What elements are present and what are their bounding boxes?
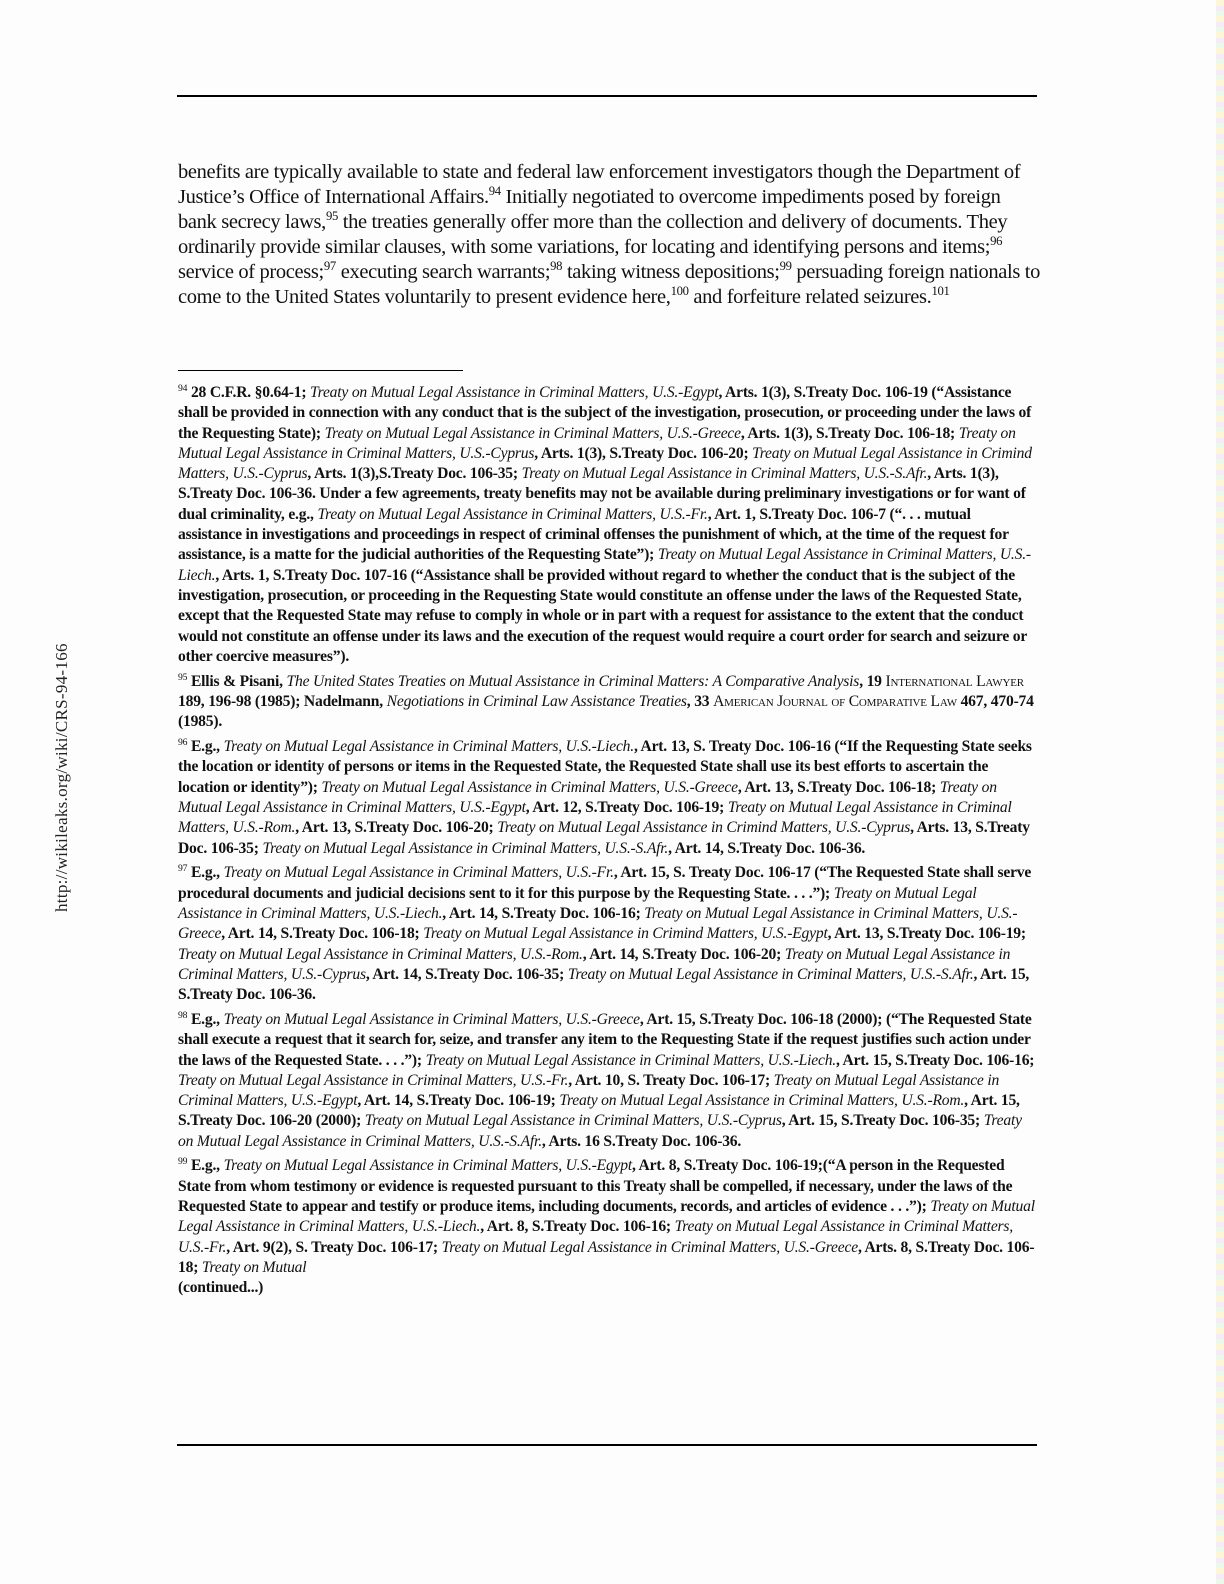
journal-name: American Journal of Comparative Law [713, 693, 957, 710]
footnote-99: 99 E.g., Treaty on Mutual Legal Assistan… [178, 1156, 1036, 1298]
footnote-text: , Art. 9(2), S. Treaty Doc. 106-17; [226, 1239, 441, 1256]
treaty-title: Treaty on Mutual Legal Assistance in Cri… [224, 1011, 640, 1028]
footnote-text: 189, 196-98 (1985); Nadelmann, [178, 693, 387, 710]
footnote-ref-99[interactable]: 99 [780, 260, 792, 274]
treaty-title: Treaty on Mutual Legal Assistance in Cri… [224, 738, 634, 755]
treaty-title: Treaty on Mutual Legal Assistance in Cri… [522, 465, 928, 482]
treaty-title: Treaty on Mutual Legal Assistance in Cri… [423, 925, 827, 942]
footnote-text: E.g., [187, 1157, 223, 1174]
treaty-title: Treaty on Mutual Legal Assistance in Cri… [224, 1157, 632, 1174]
treaty-title: Treaty on Mutual Legal Assistance in Cri… [224, 864, 614, 881]
footnote-98: 98 E.g., Treaty on Mutual Legal Assistan… [178, 1010, 1036, 1152]
header-rule [177, 95, 1037, 97]
body-text-segment: executing search warrants; [336, 261, 550, 283]
footnote-text: , Art. 8, S.Treaty Doc. 106-16; [480, 1218, 674, 1235]
treaty-title: Treaty on Mutual Legal Assistance in Cri… [325, 425, 741, 442]
footnote-number: 94 [178, 383, 187, 394]
footnote-ref-97[interactable]: 97 [324, 260, 336, 274]
treaty-title: Treaty on Mutual Legal Assistance in Cri… [365, 1112, 782, 1129]
article-title: The United States Treaties on Mutual Ass… [287, 673, 860, 690]
journal-name: International Lawyer [885, 673, 1023, 690]
footnote-text: , Art. 14, S.Treaty Doc. 106-36. [668, 840, 865, 857]
scan-edge-artifact [1216, 0, 1224, 1584]
treaty-title: Treaty on Mutual Legal Assistance in Cri… [321, 779, 737, 796]
footnote-ref-100[interactable]: 100 [671, 285, 689, 299]
body-paragraph: benefits are typically available to stat… [178, 160, 1040, 311]
treaty-title: Treaty on Mutual Legal Assistance in Cri… [568, 966, 974, 983]
footnote-text: , 33 [687, 693, 713, 710]
footnote-text: , Art. 12, S.Treaty Doc. 106-19; [526, 799, 728, 816]
treaty-title: Treaty on Mutual Legal Assistance in Cri… [559, 1092, 964, 1109]
footnote-text: , 19 [859, 673, 885, 690]
footnote-94: 94 28 C.F.R. §0.64-1; Treaty on Mutual L… [178, 383, 1036, 667]
footnote-number: 99 [178, 1156, 187, 1167]
article-title: Negotiations in Criminal Law Assistance … [387, 693, 687, 710]
footnote-97: 97 E.g., Treaty on Mutual Legal Assistan… [178, 863, 1036, 1005]
treaty-title: Treaty on Mutual Legal Assistance in Cri… [426, 1052, 836, 1069]
footnote-number: 97 [178, 863, 187, 874]
footnote-text: , Art. 15, S.Treaty Doc. 106-35; [782, 1112, 984, 1129]
continued-marker: (continued...) [178, 1279, 263, 1296]
footnote-text: Ellis & Pisani, [187, 673, 286, 690]
footnote-text: , Arts. 1(3),S.Treaty Doc. 106-35; [307, 465, 521, 482]
footnote-text: , Art. 14, S.Treaty Doc. 106-35; [366, 966, 568, 983]
footnote-text: 28 C.F.R. §0.64-1; [187, 384, 310, 401]
treaty-title: Treaty on Mutual Legal Assistance in Cri… [317, 506, 707, 523]
footnote-number: 98 [178, 1010, 187, 1021]
footnote-ref-96[interactable]: 96 [990, 234, 1002, 248]
footnote-96: 96 E.g., Treaty on Mutual Legal Assistan… [178, 737, 1036, 859]
footnote-text: , Art. 14, S.Treaty Doc. 106-16; [442, 905, 644, 922]
footnote-text: , Art. 13, S.Treaty Doc. 106-18; [738, 779, 940, 796]
footnote-text: , Arts. 1(3), S.Treaty Doc. 106-18; [741, 425, 959, 442]
footnote-number: 96 [178, 737, 187, 748]
footnote-text: E.g., [187, 1011, 223, 1028]
footnote-text: , Art. 13, S.Treaty Doc. 106-20; [295, 819, 497, 836]
side-watermark-url: http://wikileaks.org/wiki/CRS-94-166 [52, 643, 72, 912]
footnotes-section: 94 28 C.F.R. §0.64-1; Treaty on Mutual L… [178, 383, 1036, 1303]
body-text-segment: service of process; [178, 261, 324, 283]
footnote-ref-94[interactable]: 94 [489, 184, 501, 198]
footnote-ref-98[interactable]: 98 [550, 260, 562, 274]
body-text-segment: and forfeiture related seizures. [689, 286, 932, 308]
treaty-title: Treaty on Mutual [202, 1259, 307, 1276]
footnote-text: , Art. 15, S.Treaty Doc. 106-16; [836, 1052, 1034, 1069]
footnote-text: , Art. 14, S.Treaty Doc. 106-20; [583, 946, 785, 963]
footnote-95: 95 Ellis & Pisani, The United States Tre… [178, 672, 1036, 733]
treaty-title: Treaty on Mutual Legal Assistance in Cri… [178, 1072, 568, 1089]
footnote-text: , Art. 14, S.Treaty Doc. 106-18; [221, 925, 423, 942]
footnote-text: E.g., [187, 738, 223, 755]
body-text-segment: taking witness depositions; [562, 261, 779, 283]
footnote-text: , Arts. 1(3), S.Treaty Doc. 106-20; [534, 445, 752, 462]
footnote-text: , Art. 14, S.Treaty Doc. 106-19; [357, 1092, 559, 1109]
footnote-text: , Arts. 16 S.Treaty Doc. 106-36. [542, 1133, 741, 1150]
footnote-text: , Art. 10, S. Treaty Doc. 106-17; [568, 1072, 773, 1089]
footnote-text: E.g., [187, 864, 223, 881]
treaty-title: Treaty on Mutual Legal Assistance in Cri… [442, 1239, 858, 1256]
footnote-text: , Arts. 1, S.Treaty Doc. 107-16 (“Assist… [178, 567, 1027, 665]
footer-rule [177, 1444, 1037, 1446]
treaty-title: Treaty on Mutual Legal Assistance in Cri… [178, 946, 583, 963]
footnote-ref-95[interactable]: 95 [326, 209, 338, 223]
footnote-number: 95 [178, 671, 187, 682]
treaty-title: Treaty on Mutual Legal Assistance in Cri… [310, 384, 718, 401]
footnote-separator [178, 370, 463, 371]
footnote-ref-101[interactable]: 101 [931, 285, 949, 299]
footnote-text: , Art. 13, S.Treaty Doc. 106-19; [828, 925, 1026, 942]
treaty-title: Treaty on Mutual Legal Assistance in Cri… [262, 840, 668, 857]
treaty-title: Treaty on Mutual Legal Assistance in Cri… [497, 819, 910, 836]
